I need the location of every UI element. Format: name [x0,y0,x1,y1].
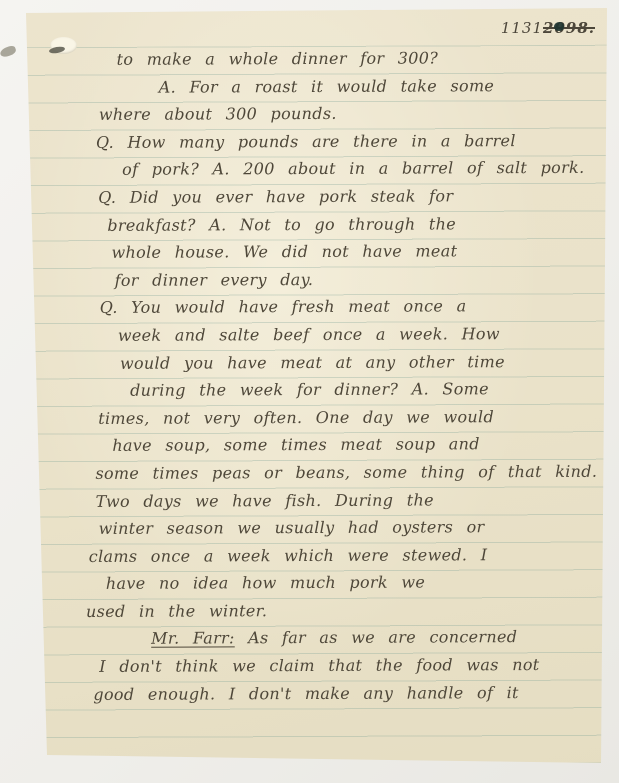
ink-blot [554,22,564,31]
handwriting-line: week and salte beef once a week. How [118,321,619,351]
page-number-current: 1131 [501,19,543,37]
handwriting-line: I don't think we claim that the food was… [99,652,619,682]
page-number-crossed-out: 2098. [543,19,595,37]
handwriting-line: for dinner every day. [115,265,619,295]
handwriting-line: used in the winter. [86,597,619,627]
handwriting-line: whole house. We did not have meat [111,238,618,268]
handwriting-line: breakfast? A. Not to go through the [107,210,618,240]
speaker-name: Mr. Farr: [151,629,235,648]
handwriting-line: of pork? A. 200 about in a barrel of sal… [122,155,618,185]
handwriting-line: to make a whole dinner for 300? [117,45,618,75]
handwriting-line: Q. You would have fresh meat once a [100,293,619,323]
paper-sheet: 11312098. to make a whole dinner for 300… [0,0,619,783]
handwriting-line: have soup, some times meat soup and [112,431,619,461]
handwriting-line-speaker: Mr. Farr: As far as we are concerned [151,624,619,654]
handwriting-line: have no idea how much pork we [106,569,619,599]
handwriting-line: clams once a week which were stewed. I [89,541,619,571]
handwriting-line: Two days we have fish. During the [95,486,619,516]
handwriting-block: to make a whole dinner for 300? A. For a… [0,45,619,710]
handwriting-line: during the week for dinner? A. Some [130,376,619,406]
handwriting-line: some times peas or beans, some thing of … [95,459,619,489]
handwriting-line: A. For a roast it would take some [159,72,618,102]
handwriting-line: Q. Did you ever have pork steak for [98,183,618,213]
edge-tear-mark [0,45,17,59]
handwriting-line: good enough. I don't make any handle of … [93,679,619,709]
speaker-statement: As far as we are concerned [235,628,518,648]
handwriting-line: Q. How many pounds are there in a barrel [96,127,618,157]
handwriting-line: where about 300 pounds. [99,100,618,130]
handwriting-line: winter season we usually had oysters or [99,514,619,544]
scan-background: 11312098. to make a whole dinner for 300… [0,0,619,783]
page-number: 11312098. [501,19,595,37]
handwriting-line: times, not very often. One day we would [98,403,619,433]
handwriting-line: would you have meat at any other time [120,348,619,378]
